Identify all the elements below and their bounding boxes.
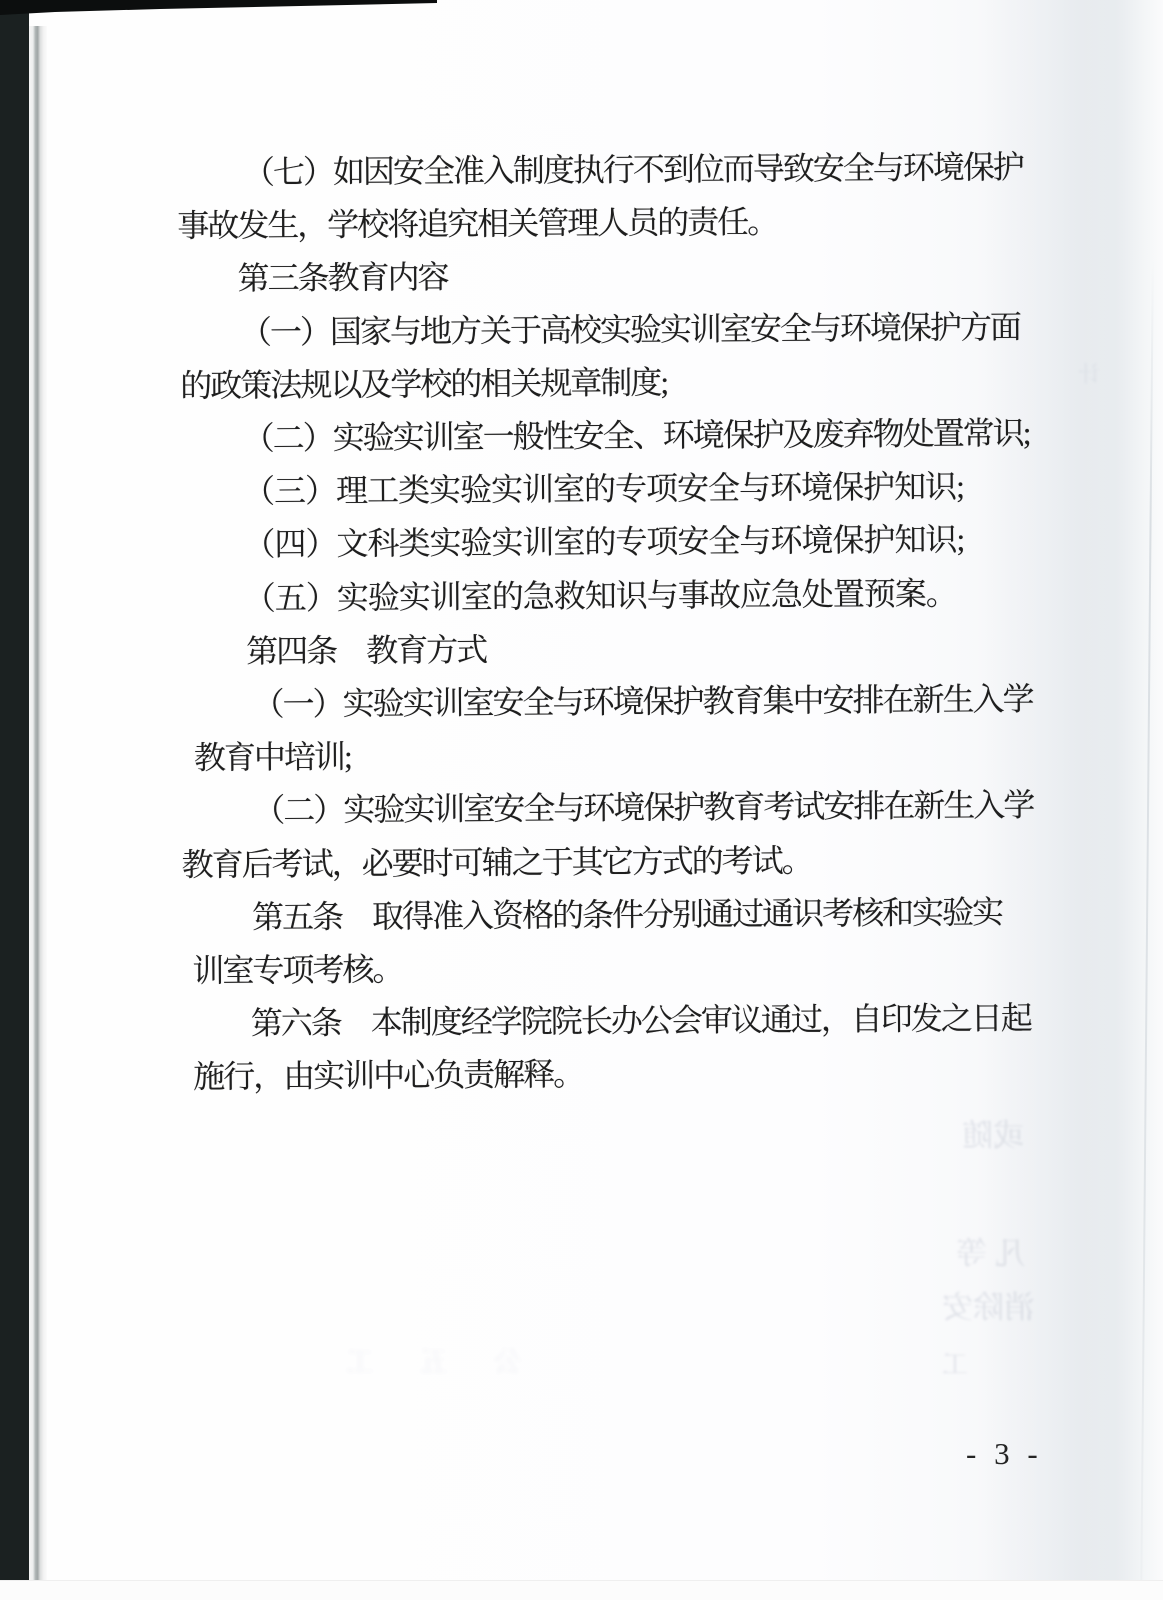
text-line: 训室专项考核。: [192, 943, 402, 997]
text-line: 教育后考试，必要时可辅之于其它方式的考试。: [182, 834, 812, 891]
text-line: 第三条教育内容: [237, 251, 447, 305]
scan-edge-bottom: [0, 1580, 1163, 1600]
text-line: 第五条 取得准入资格的条件分别通过通识考核和实验实: [252, 886, 1002, 944]
text-line: （三）理工类实验实训室的专项安全与环境保护知识;: [243, 460, 964, 518]
text-line: （七）如因安全准入制度执行不到位而导致安全与环境保护: [243, 141, 1023, 199]
text-line: （一）国家与地方关于高校实验实训室安全与环境保护方面: [240, 301, 1020, 359]
text-line: （二）实验实训室安全与环境保护教育考试安排在新生入学: [253, 779, 1033, 837]
document-text-block: （七）如因安全准入制度执行不到位而导致安全与环境保护 事故发生，学校将追究相关管…: [0, 0, 1163, 1600]
text-line: 事故发生，学校将追究相关管理人员的责任。: [177, 196, 777, 253]
scanned-document-page: 或随 凡 等 消除安 工 公五工 计 （七）如因安全准入制度执行不到位而导致安全…: [0, 0, 1163, 1600]
text-line: （四）文科类实验实训室的专项安全与环境保护知识;: [243, 513, 964, 571]
text-line: 的政策法规以及学校的相关规章制度;: [180, 356, 667, 412]
page-edge-stack: [29, 26, 47, 1582]
text-line: （一）实验实训室安全与环境保护教育集中安排在新生入学: [252, 673, 1032, 731]
page-number: - 3 -: [966, 1436, 1043, 1472]
text-line: 施行，由实训中心负责解释。: [193, 1048, 583, 1104]
text-line: （二）实验实训室一般性安全、环境保护及废弃物处置常识;: [243, 407, 1030, 465]
text-line: 第六条 本制度经学院院长办公会审议通过，自印发之日起: [251, 992, 1031, 1050]
binding-shadow: [0, 0, 29, 1582]
text-line: 教育中培训;: [194, 731, 351, 785]
text-line: （五）实验实训室的急救知识与事故应急处置预案。: [244, 567, 957, 625]
text-line: 第四条 教育方式: [246, 624, 486, 679]
